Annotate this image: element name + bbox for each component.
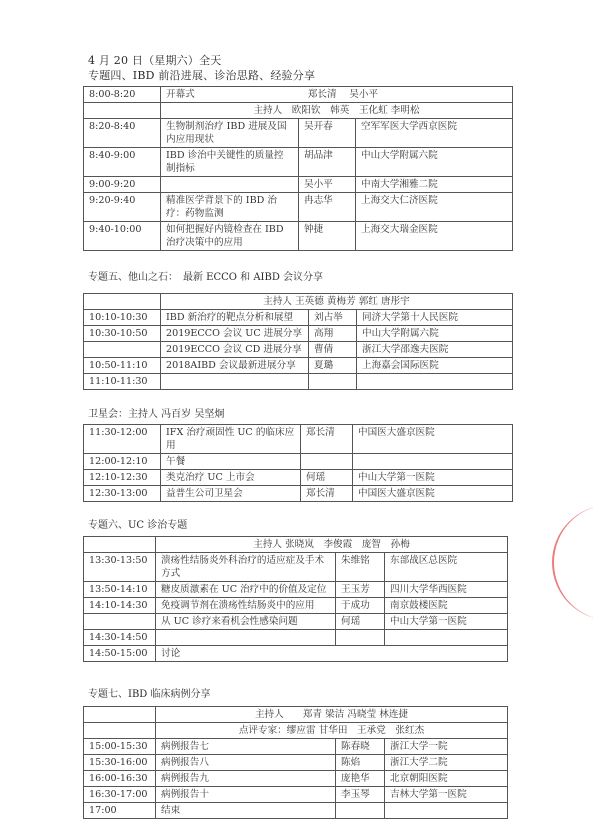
hosts-cell: 主持人 张晓岚 李俊霞 庞智 孙梅 [156,537,508,553]
date-header: 4 月 20 日（星期六）全天 [88,54,222,68]
speaker-cell: 何瑶 [336,614,385,630]
topic-cell: 2019ECCO 会议 CD 进展分享 [161,342,309,358]
hospital-cell: 上海嘉会国际医院 [357,358,513,374]
table-row: 8:40-9:00 IBD 诊治中关键性的质量控制指标胡品津中山大学附属六院 [84,148,513,177]
hospital-cell: 空军军医大学西京医院 [356,119,513,148]
table-row: 8:20-8:40生物制剂治疗 IBD 进展及国内应用现状吴开春空军军医大学西京… [84,119,513,148]
speaker-cell: 刘占举 [309,310,357,326]
topic-cell: 溃疡性结肠炎外科治疗的适应症及手术方式 [156,553,336,582]
topic-cell: 生物制剂治疗 IBD 进展及国内应用现状 [161,119,299,148]
time-cell: 8:00-8:20 [84,87,161,103]
topic-cell: 病例报告九 [156,771,336,787]
reviewers-cell: 点评专家：缪应雷 甘华田 王承党 张红杰 [156,723,508,739]
speaker-cell: 郑长清 [301,486,353,502]
hospital-cell: 中国医大盛京医院 [353,425,513,454]
time-cell: 12:10-12:30 [84,470,161,486]
table-row: 14:10-14:30免疫调节剂在溃疡性结肠炎中的应用于成功南京鼓楼医院 [84,598,508,614]
hospital-cell: 南京鼓楼医院 [385,598,508,614]
hospital-cell: 四川大学华西医院 [385,582,508,598]
time-cell: 8:20-8:40 [84,119,161,148]
satellite-title: 卫星会：主持人 冯百岁 吴坚炯 [88,408,224,422]
speaker-cell: 朱维铭 [336,553,385,582]
hospital-cell: 吉林大学第一医院 [385,787,508,803]
table-row: 12:00-12:10午餐 [84,454,513,470]
topic-cell: 2018AIBD 会议最新进展分享 [161,358,309,374]
time-cell: 11:10-11:30 [84,374,161,390]
hospital-cell: 中山大学第一医院 [385,614,508,630]
time-cell: 10:10-10:30 [84,310,161,326]
hospital-cell [385,803,508,819]
time-cell: 11:30-12:00 [84,425,161,454]
speaker-cell: 陈焰 [336,755,385,771]
hospital-cell: 中国医大盛京医院 [353,486,513,502]
hospital-cell: 中山大学附属六院 [356,148,513,177]
table-row: 9:00-9:20吴小平中南大学湘雅二院 [84,177,513,193]
hosts-row: 主持人 王英德 黄梅芳 郭红 唐彤宇 [84,294,513,310]
speaker-cell: 冉志华 [299,193,356,222]
hospital-cell: 浙江大学二院 [385,755,508,771]
speaker-cell: 庞艳华 [336,771,385,787]
time-cell [84,614,156,630]
speaker-cell: 吴开春 [299,119,356,148]
session-6-title: 专题六、UC 诊治专题 [88,519,187,533]
topic-cell: IFX 治疗顽固性 UC 的临床应用 [161,425,301,454]
hospital-cell: 中南大学湘雅二院 [356,177,513,193]
topic-cell [156,630,336,646]
time-cell: 9:20-9:40 [84,193,161,222]
speaker-cell: 于成功 [336,598,385,614]
topic-cell: 结束 [156,803,336,819]
hosts-cell: 主持人 欧阳钦 韩英 王化虹 李明松 [161,103,513,119]
speaker-cell: 何瑶 [301,470,353,486]
opening-cell: 开幕式 郑长清 吴小平 [161,87,513,103]
speaker-cell: 郑长清 [301,425,353,454]
time-cell: 10:30-10:50 [84,326,161,342]
table-row: 12:30-13:00益普生公司卫星会郑长清中国医大盛京医院 [84,486,513,502]
hosts-cell: 主持人 王英德 黄梅芳 郭红 唐彤宇 [161,294,513,310]
speaker-cell [336,803,385,819]
topic-cell: 糖皮质激素在 UC 治疗中的价值及定位 [156,582,336,598]
table-row: 10:10-10:30IBD 新治疗的靶点分析和展望刘占举同济大学第十人民医院 [84,310,513,326]
discussion-row: 14:50-15:00讨论 [84,646,508,662]
table-row: 13:50-14:10糖皮质激素在 UC 治疗中的价值及定位王玉芳四川大学华西医… [84,582,508,598]
table-row: 2019ECCO 会议 CD 进展分享曹倩浙江大学邵逸夫医院 [84,342,513,358]
session-6-table: 主持人 张晓岚 李俊霞 庞智 孙梅 13:30-13:50溃疡性结肠炎外科治疗的… [83,536,508,662]
hosts-row: 主持人 张晓岚 李俊霞 庞智 孙梅 [84,537,508,553]
hospital-cell [353,454,513,470]
discussion-cell: 讨论 [156,646,508,662]
hosts-row: 主持人 郑青 梁洁 冯晓莹 林连捷 [84,707,508,723]
table-row: 9:20-9:40精准医学背景下的 IBD 治疗：药物监测冉志华上海交大仁济医院 [84,193,513,222]
hospital-cell: 上海交大瑞金医院 [356,222,513,251]
time-cell: 12:30-13:00 [84,486,161,502]
time-cell: 14:30-14:50 [84,630,156,646]
time-cell: 14:50-15:00 [84,646,156,662]
time-cell: 13:30-13:50 [84,553,156,582]
time-cell [84,342,161,358]
satellite-table: 11:30-12:00IFX 治疗顽固性 UC 的临床应用郑长清中国医大盛京医院… [83,424,513,502]
session-4-table: 8:00-8:20 开幕式 郑长清 吴小平 主持人 欧阳钦 韩英 王化虹 李明松… [83,86,513,251]
table-row: 11:30-12:00IFX 治疗顽固性 UC 的临床应用郑长清中国医大盛京医院 [84,425,513,454]
topic-cell: 益普生公司卫星会 [161,486,301,502]
official-seal-stamp: 会务组 [552,505,593,620]
topic-cell: 如何把握好内镜检查在 IBD 治疗决策中的应用 [161,222,299,251]
table-row: 15:00-15:30病例报告七陈春晓浙江大学一院 [84,739,508,755]
table-row: 9:40-10:00如何把握好内镜检查在 IBD 治疗决策中的应用钟捷上海交大瑞… [84,222,513,251]
time-cell: 16:00-16:30 [84,771,156,787]
topic-cell [161,177,299,193]
hospital-cell: 上海交大仁济医院 [356,193,513,222]
topic-cell: IBD 诊治中关键性的质量控制指标 [161,148,299,177]
table-row: 17:00结束 [84,803,508,819]
time-cell: 9:00-9:20 [84,177,161,193]
opening-speakers: 郑长清 吴小平 [308,89,378,100]
time-cell: 13:50-14:10 [84,582,156,598]
time-cell: 16:30-17:00 [84,787,156,803]
table-row: 15:30-16:00病例报告八陈焰浙江大学二院 [84,755,508,771]
table-row: 从 UC 诊疗来看机会性感染问题何瑶中山大学第一医院 [84,614,508,630]
hosts-cell: 主持人 郑青 梁洁 冯晓莹 林连捷 [156,707,508,723]
topic-cell: 2019ECCO 会议 UC 进展分享 [161,326,309,342]
speaker-cell [309,374,357,390]
hospital-cell [385,630,508,646]
topic-cell: 午餐 [161,454,301,470]
speaker-cell: 夏璐 [309,358,357,374]
time-cell: 14:10-14:30 [84,598,156,614]
table-row: 12:10-12:30类克治疗 UC 上市会何瑶中山大学第一医院 [84,470,513,486]
reviewers-row: 点评专家：缪应雷 甘华田 王承党 张红杰 [84,723,508,739]
table-row: 14:30-14:50 [84,630,508,646]
session-7-title: 专题七、IBD 临床病例分享 [88,688,211,702]
table-row: 13:30-13:50溃疡性结肠炎外科治疗的适应症及手术方式朱维铭东部战区总医院 [84,553,508,582]
speaker-cell: 曹倩 [309,342,357,358]
speaker-cell: 胡品津 [299,148,356,177]
hospital-cell: 东部战区总医院 [385,553,508,582]
time-cell: 15:00-15:30 [84,739,156,755]
table-row: 16:00-16:30病例报告九庞艳华北京朝阳医院 [84,771,508,787]
time-cell: 17:00 [84,803,156,819]
topic-cell: 从 UC 诊疗来看机会性感染问题 [156,614,336,630]
topic-cell: IBD 新治疗的靶点分析和展望 [161,310,309,326]
table-row: 10:50-11:102018AIBD 会议最新进展分享夏璐上海嘉会国际医院 [84,358,513,374]
topic-cell [161,374,309,390]
hosts-row: 主持人 欧阳钦 韩英 王化虹 李明松 [84,103,513,119]
time-cell: 12:00-12:10 [84,454,161,470]
time-cell: 8:40-9:00 [84,148,161,177]
hospital-cell: 浙江大学邵逸夫医院 [357,342,513,358]
topic-cell: 类克治疗 UC 上市会 [161,470,301,486]
speaker-cell: 高翔 [309,326,357,342]
hospital-cell: 浙江大学一院 [385,739,508,755]
session-5-table: 主持人 王英德 黄梅芳 郭红 唐彤宇 10:10-10:30IBD 新治疗的靶点… [83,293,513,390]
time-cell: 15:30-16:00 [84,755,156,771]
speaker-cell: 吴小平 [299,177,356,193]
topic-cell: 精准医学背景下的 IBD 治疗：药物监测 [161,193,299,222]
topic-cell: 病例报告十 [156,787,336,803]
table-row: 11:10-11:30 [84,374,513,390]
speaker-cell [301,454,353,470]
speaker-cell [336,630,385,646]
hospital-cell: 中山大学附属六院 [357,326,513,342]
opening-label: 开幕式 [166,89,195,100]
session-4-title: 专题四、IBD 前沿进展、诊治思路、经验分享 [88,69,315,83]
speaker-cell: 钟捷 [299,222,356,251]
table-row: 10:30-10:502019ECCO 会议 UC 进展分享高翔中山大学附属六院 [84,326,513,342]
session-7-table: 主持人 郑青 梁洁 冯晓莹 林连捷 点评专家：缪应雷 甘华田 王承党 张红杰 1… [83,706,508,819]
session-5-title: 专题五、他山之石： 最新 ECCO 和 AIBD 会议分享 [88,271,323,285]
topic-cell: 病例报告八 [156,755,336,771]
speaker-cell: 王玉芳 [336,582,385,598]
topic-cell: 病例报告七 [156,739,336,755]
speaker-cell: 陈春晓 [336,739,385,755]
hospital-cell: 中山大学第一医院 [353,470,513,486]
table-row: 16:30-17:00病例报告十李玉琴吉林大学第一医院 [84,787,508,803]
table-row: 8:00-8:20 开幕式 郑长清 吴小平 [84,87,513,103]
time-cell: 10:50-11:10 [84,358,161,374]
time-cell: 9:40-10:00 [84,222,161,251]
hospital-cell: 同济大学第十人民医院 [357,310,513,326]
speaker-cell: 李玉琴 [336,787,385,803]
topic-cell: 免疫调节剂在溃疡性结肠炎中的应用 [156,598,336,614]
hospital-cell: 北京朝阳医院 [385,771,508,787]
hospital-cell [357,374,513,390]
